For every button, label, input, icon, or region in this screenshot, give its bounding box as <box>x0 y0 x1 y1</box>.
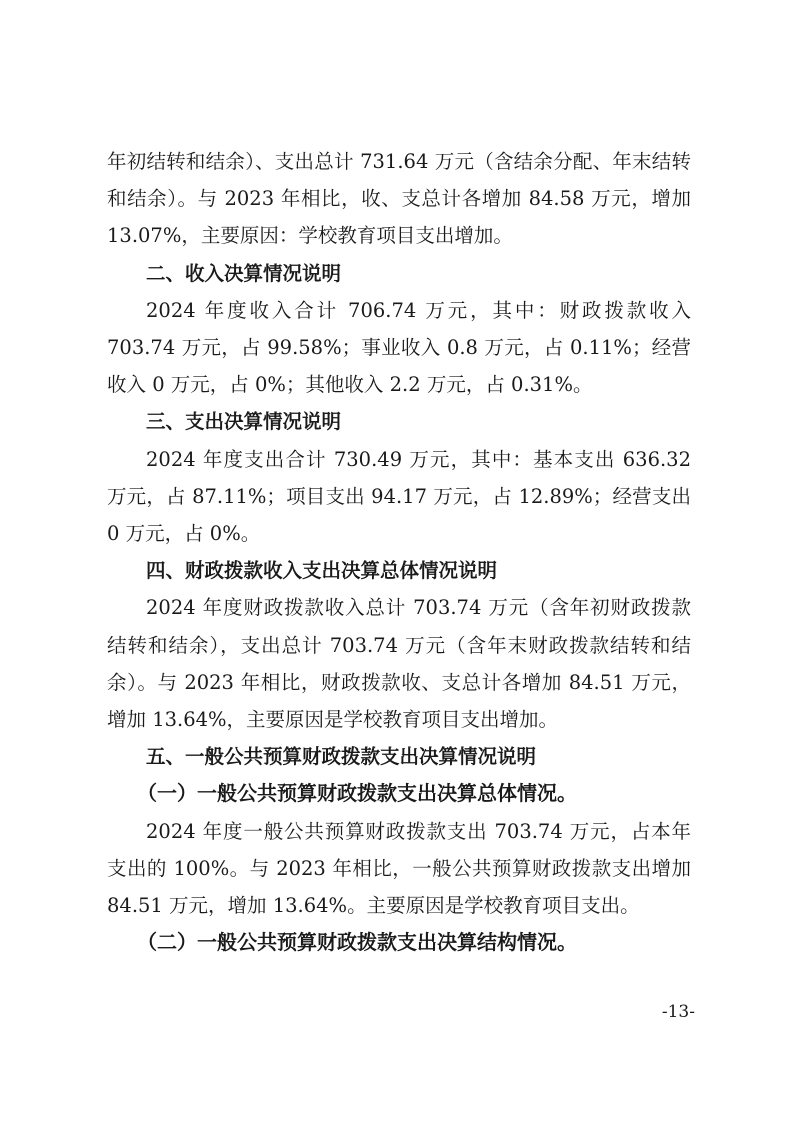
document-body: 年初结转和结余）、支出总计 731.64 万元（含结余分配、年末结转和结余）。与… <box>107 143 691 961</box>
paragraph-income: 2024 年度收入合计 706.74 万元，其中：财政拨款收入 703.74 万… <box>107 292 691 404</box>
subheading-overall-situation: （一）一般公共预算财政拨款支出决算总体情况。 <box>107 775 691 812</box>
heading-general-public-budget: 五、一般公共预算财政拨款支出决算情况说明 <box>107 738 691 775</box>
paragraph-continued: 年初结转和结余）、支出总计 731.64 万元（含结余分配、年末结转和结余）。与… <box>107 143 691 255</box>
heading-fiscal-appropriation-overall: 四、财政拨款收入支出决算总体情况说明 <box>107 552 691 589</box>
paragraph-expenditure: 2024 年度支出合计 730.49 万元，其中：基本支出 636.32 万元，… <box>107 441 691 553</box>
page-number: -13- <box>645 1002 695 1022</box>
subheading-structure-situation: （二）一般公共预算财政拨款支出决算结构情况。 <box>107 924 691 961</box>
paragraph-fiscal-appropriation: 2024 年度财政拨款收入总计 703.74 万元（含年初财政拨款结转和结余），… <box>107 589 691 738</box>
heading-income-statement: 二、收入决算情况说明 <box>107 255 691 292</box>
heading-expenditure-statement: 三、支出决算情况说明 <box>107 403 691 440</box>
paragraph-general-public-budget: 2024 年度一般公共预算财政拨款支出 703.74 万元，占本年支出的 100… <box>107 813 691 925</box>
